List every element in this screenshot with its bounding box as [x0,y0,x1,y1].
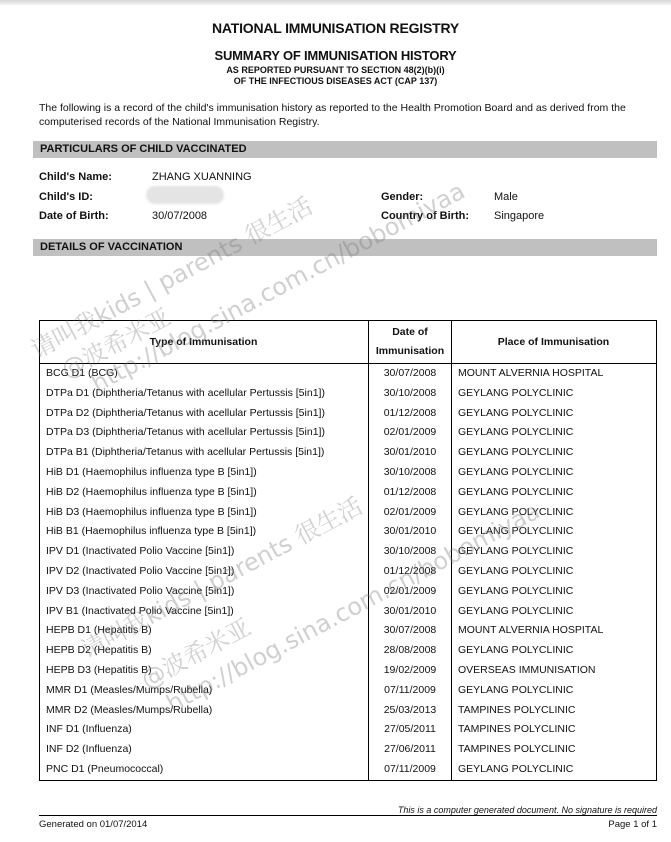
immunisation-place-cell: GEYLANG POLYCLINIC [452,602,657,622]
computer-generated-note: This is a computer generated document. N… [398,805,657,815]
table-row: HiB D3 (Haemophilus influenza type B [5i… [40,503,657,523]
dob-label: Date of Birth: [39,210,109,222]
immunisation-type-cell: HiB B1 (Haemophilus influenza type B [5i… [40,522,369,542]
table-row: HEPB D1 (Hepatitis B)30/07/2008MOUNT ALV… [40,621,657,641]
table-row: HEPB D3 (Hepatitis B)19/02/2009OVERSEAS … [40,661,657,681]
immunisation-place-cell: GEYLANG POLYCLINIC [452,443,657,463]
immunisation-date-cell: 19/02/2009 [369,661,452,681]
section-header-vaccination: DETAILS OF VACCINATION [33,239,657,256]
immunisation-date-cell: 01/12/2008 [369,562,452,582]
immunisation-date-cell: 30/01/2010 [369,443,452,463]
top-edge-strip [0,0,671,5]
table-row: MMR D2 (Measles/Mumps/Rubella)25/03/2013… [40,701,657,721]
column-header-date-line-1: Date of [370,323,450,342]
legal-reference: AS REPORTED PURSUANT TO SECTION 48(2)(b)… [0,65,671,87]
childs-name-label: Child's Name: [39,171,112,183]
immunisation-date-cell: 30/01/2010 [369,522,452,542]
immunisation-place-cell: GEYLANG POLYCLINIC [452,760,657,780]
document-subtitle: SUMMARY OF IMMUNISATION HISTORY [0,48,671,63]
column-header-type: Type of Immunisation [40,321,369,364]
immunisation-date-cell: 02/01/2009 [369,582,452,602]
immunisation-type-cell: DTPa B1 (Diphtheria/Tetanus with acellul… [40,443,369,463]
legal-line-2: OF THE INFECTIOUS DISEASES ACT (CAP 137) [0,76,671,87]
immunisation-place-cell: GEYLANG POLYCLINIC [452,463,657,483]
immunisation-type-cell: DTPa D3 (Diphtheria/Tetanus with acellul… [40,423,369,443]
immunisation-date-cell: 27/06/2011 [369,740,452,760]
table-row: MMR D1 (Measles/Mumps/Rubella)07/11/2009… [40,681,657,701]
immunisation-place-cell: GEYLANG POLYCLINIC [452,681,657,701]
immunisation-type-cell: HEPB D1 (Hepatitis B) [40,621,369,641]
immunisation-date-cell: 27/05/2011 [369,720,452,740]
immunisation-date-cell: 30/10/2008 [369,542,452,562]
immunisation-type-cell: IPV B1 (Inactivated Polio Vaccine [5in1]… [40,602,369,622]
immunisation-date-cell: 30/10/2008 [369,463,452,483]
immunisation-place-cell: GEYLANG POLYCLINIC [452,562,657,582]
vaccination-table: Type of Immunisation Date of Immunisatio… [39,320,657,781]
immunisation-place-cell: GEYLANG POLYCLINIC [452,582,657,602]
immunisation-type-cell: HiB D3 (Haemophilus influenza type B [5i… [40,503,369,523]
legal-line-1: AS REPORTED PURSUANT TO SECTION 48(2)(b)… [0,65,671,76]
table-row: HiB D2 (Haemophilus influenza type B [5i… [40,483,657,503]
column-header-place: Place of Immunisation [452,321,657,364]
section-header-particulars: PARTICULARS OF CHILD VACCINATED [33,141,657,158]
immunisation-date-cell: 28/08/2008 [369,641,452,661]
childs-id-label: Child's ID: [39,191,93,203]
immunisation-date-cell: 30/07/2008 [369,621,452,641]
immunisation-place-cell: TAMPINES POLYCLINIC [452,701,657,721]
immunisation-place-cell: TAMPINES POLYCLINIC [452,720,657,740]
immunisation-date-cell: 25/03/2013 [369,701,452,721]
immunisation-place-cell: OVERSEAS IMMUNISATION [452,661,657,681]
immunisation-type-cell: HiB D2 (Haemophilus influenza type B [5i… [40,483,369,503]
table-row: DTPa D3 (Diphtheria/Tetanus with acellul… [40,423,657,443]
footer-divider [39,815,657,816]
immunisation-place-cell: GEYLANG POLYCLINIC [452,423,657,443]
table-header-row: Type of Immunisation Date of Immunisatio… [40,321,657,364]
country-of-birth-value: Singapore [494,210,544,222]
immunisation-date-cell: 02/01/2009 [369,423,452,443]
immunisation-date-cell: 30/07/2008 [369,364,452,384]
immunisation-place-cell: MOUNT ALVERNIA HOSPITAL [452,621,657,641]
immunisation-type-cell: IPV D2 (Inactivated Polio Vaccine [5in1]… [40,562,369,582]
immunisation-date-cell: 30/10/2008 [369,384,452,404]
immunisation-place-cell: GEYLANG POLYCLINIC [452,522,657,542]
childs-id-value-redacted [146,186,224,204]
immunisation-date-cell: 02/01/2009 [369,503,452,523]
table-row: HEPB D2 (Hepatitis B)28/08/2008GEYLANG P… [40,641,657,661]
table-row: HiB B1 (Haemophilus influenza type B [5i… [40,522,657,542]
document-title: NATIONAL IMMUNISATION REGISTRY [0,20,671,36]
immunisation-date-cell: 01/12/2008 [369,483,452,503]
immunisation-place-cell: GEYLANG POLYCLINIC [452,483,657,503]
table-row: INF D2 (Influenza)27/06/2011TAMPINES POL… [40,740,657,760]
generated-date: Generated on 01/07/2014 [39,819,147,830]
table-row: DTPa B1 (Diphtheria/Tetanus with acellul… [40,443,657,463]
table-row: PNC D1 (Pneumococcal)07/11/2009GEYLANG P… [40,760,657,780]
table-row: BCG D1 (BCG)30/07/2008MOUNT ALVERNIA HOS… [40,364,657,384]
table-row: DTPa D1 (Diphtheria/Tetanus with acellul… [40,384,657,404]
gender-value: Male [494,191,518,203]
intro-paragraph: The following is a record of the child's… [39,101,639,129]
table-row: INF D1 (Influenza)27/05/2011TAMPINES POL… [40,720,657,740]
table-row: DTPa D2 (Diphtheria/Tetanus with acellul… [40,404,657,424]
childs-name-value: ZHANG XUANNING [152,171,252,183]
immunisation-place-cell: GEYLANG POLYCLINIC [452,641,657,661]
immunisation-type-cell: IPV D1 (Inactivated Polio Vaccine [5in1]… [40,542,369,562]
immunisation-type-cell: HEPB D3 (Hepatitis B) [40,661,369,681]
immunisation-type-cell: INF D2 (Influenza) [40,740,369,760]
immunisation-date-cell: 30/01/2010 [369,602,452,622]
immunisation-type-cell: DTPa D2 (Diphtheria/Tetanus with acellul… [40,404,369,424]
column-header-date-line-2: Immunisation [370,342,450,361]
immunisation-type-cell: BCG D1 (BCG) [40,364,369,384]
immunisation-type-cell: MMR D1 (Measles/Mumps/Rubella) [40,681,369,701]
immunisation-place-cell: GEYLANG POLYCLINIC [452,404,657,424]
immunisation-type-cell: PNC D1 (Pneumococcal) [40,760,369,780]
immunisation-type-cell: DTPa D1 (Diphtheria/Tetanus with acellul… [40,384,369,404]
immunisation-type-cell: IPV D3 (Inactivated Polio Vaccine [5in1]… [40,582,369,602]
column-header-date: Date of Immunisation [369,321,452,364]
immunisation-type-cell: HiB D1 (Haemophilus influenza type B [5i… [40,463,369,483]
country-of-birth-label: Country of Birth: [381,210,469,222]
table-row: HiB D1 (Haemophilus influenza type B [5i… [40,463,657,483]
immunisation-place-cell: GEYLANG POLYCLINIC [452,384,657,404]
immunisation-date-cell: 07/11/2009 [369,681,452,701]
table-row: IPV D1 (Inactivated Polio Vaccine [5in1]… [40,542,657,562]
gender-label: Gender: [381,191,423,203]
immunisation-type-cell: INF D1 (Influenza) [40,720,369,740]
table-row: IPV D2 (Inactivated Polio Vaccine [5in1]… [40,562,657,582]
immunisation-place-cell: GEYLANG POLYCLINIC [452,542,657,562]
immunisation-date-cell: 01/12/2008 [369,404,452,424]
dob-value: 30/07/2008 [152,210,207,222]
immunisation-place-cell: MOUNT ALVERNIA HOSPITAL [452,364,657,384]
table-row: IPV B1 (Inactivated Polio Vaccine [5in1]… [40,602,657,622]
immunisation-type-cell: HEPB D2 (Hepatitis B) [40,641,369,661]
immunisation-place-cell: GEYLANG POLYCLINIC [452,503,657,523]
page-number: Page 1 of 1 [608,819,657,830]
immunisation-date-cell: 07/11/2009 [369,760,452,780]
immunisation-place-cell: TAMPINES POLYCLINIC [452,740,657,760]
immunisation-type-cell: MMR D2 (Measles/Mumps/Rubella) [40,701,369,721]
table-row: IPV D3 (Inactivated Polio Vaccine [5in1]… [40,582,657,602]
